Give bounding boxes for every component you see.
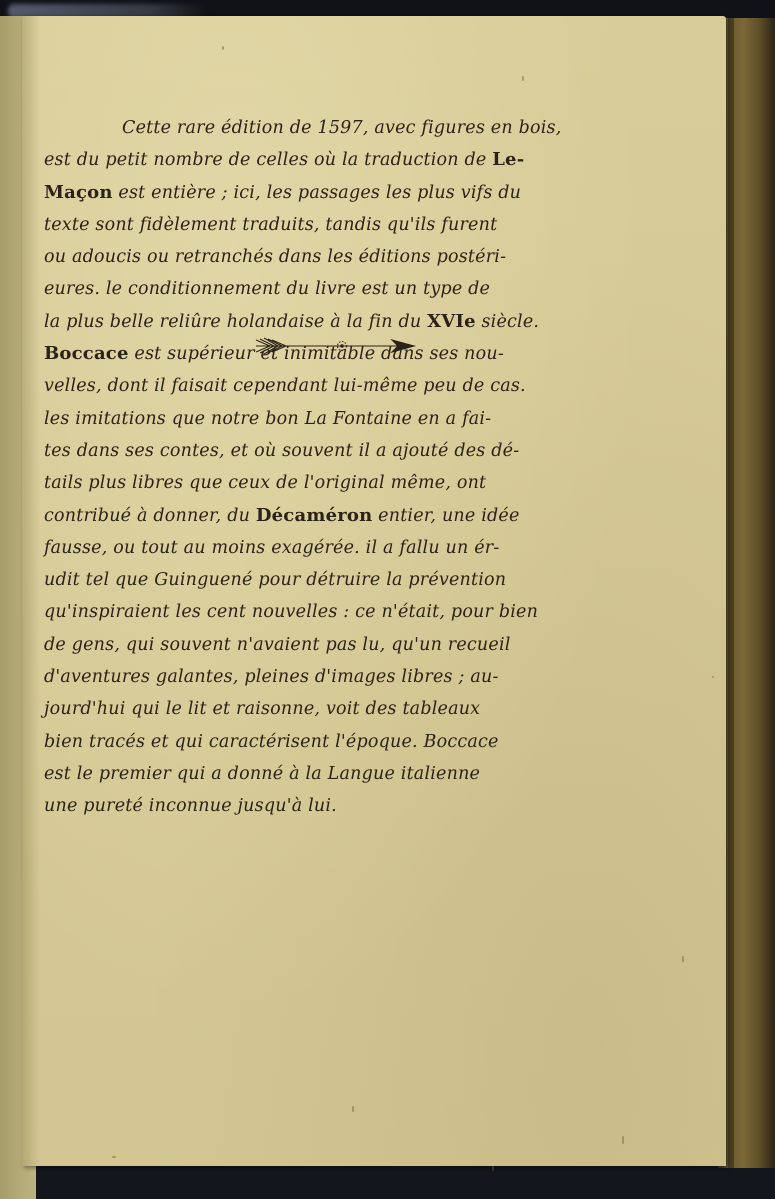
- note-line-1: Cette rare édition de 1597, avec figures…: [44, 112, 714, 144]
- note-line-13: contribué à donner, du Décaméron entier,…: [44, 500, 714, 532]
- note-line-10: les imitations que notre bon La Fontaine…: [44, 403, 714, 435]
- work-title-decameron: Décaméron: [256, 505, 373, 526]
- note-line-20: bien tracés et qui caractérisent l'époqu…: [44, 726, 714, 758]
- siecle-word: siècle.: [476, 312, 539, 332]
- note-line-13-tail: entier, une idée: [372, 506, 519, 526]
- note-line-22: une pureté inconnue jusqu'à lui.: [44, 790, 714, 822]
- note-line-5: ou adoucis ou retranchés dans les éditio…: [44, 241, 714, 273]
- note-line-6: eures. le conditionnement du livre est u…: [44, 273, 714, 305]
- note-line-4: texte sont fidèlement traduits, tandis q…: [44, 209, 714, 241]
- note-line-21: est le premier qui a donné à la Langue i…: [44, 758, 714, 790]
- handwritten-note: Cette rare édition de 1597, avec figures…: [44, 112, 714, 823]
- note-line-19: jourd'hui qui le lit et raisonne, voit d…: [44, 693, 714, 725]
- author-name-boccace: Boccace: [44, 343, 129, 364]
- note-line-7-text: la plus belle reliûre holandaise à la fi…: [44, 312, 427, 332]
- note-line-11: tes dans ses contes, et où souvent il a …: [44, 435, 714, 467]
- gutter-shadow: [22, 16, 40, 1166]
- translator-name-part2: Maçon: [44, 182, 113, 203]
- book-binding-spine: [718, 18, 775, 1168]
- binding-ridge: [728, 18, 734, 1168]
- note-line-2: est du petit nombre de celles où la trad…: [44, 144, 714, 176]
- feathered-arrow-divider-icon: [250, 334, 420, 358]
- flyleaf-page: Cette rare édition de 1597, avec figures…: [22, 16, 726, 1166]
- note-line-13-text: contribué à donner, du: [44, 506, 256, 526]
- note-line-17: de gens, qui souvent n'avaient pas lu, q…: [44, 629, 714, 661]
- note-line-14: fausse, ou tout au moins exagérée. il a …: [44, 532, 714, 564]
- translator-name-part1: Le-: [492, 149, 524, 170]
- note-line-3: Maçon est entière ; ici, les passages le…: [44, 177, 714, 209]
- note-line-18: d'aventures galantes, pleines d'images l…: [44, 661, 714, 693]
- century-numeral: XVIe: [427, 311, 476, 332]
- note-line-9: velles, dont il faisait cependant lui-mê…: [44, 370, 714, 402]
- note-line-2-text: est du petit nombre de celles où la trad…: [44, 150, 492, 170]
- photo-scene: Cette rare édition de 1597, avec figures…: [0, 0, 775, 1199]
- note-line-16: qu'inspiraient les cent nouvelles : ce n…: [44, 596, 714, 628]
- note-line-3-text: est entière ; ici, les passages les plus…: [118, 183, 521, 203]
- note-line-12: tails plus libres que ceux de l'original…: [44, 467, 714, 499]
- note-line-15: udit tel que Guinguené pour détruire la …: [44, 564, 714, 596]
